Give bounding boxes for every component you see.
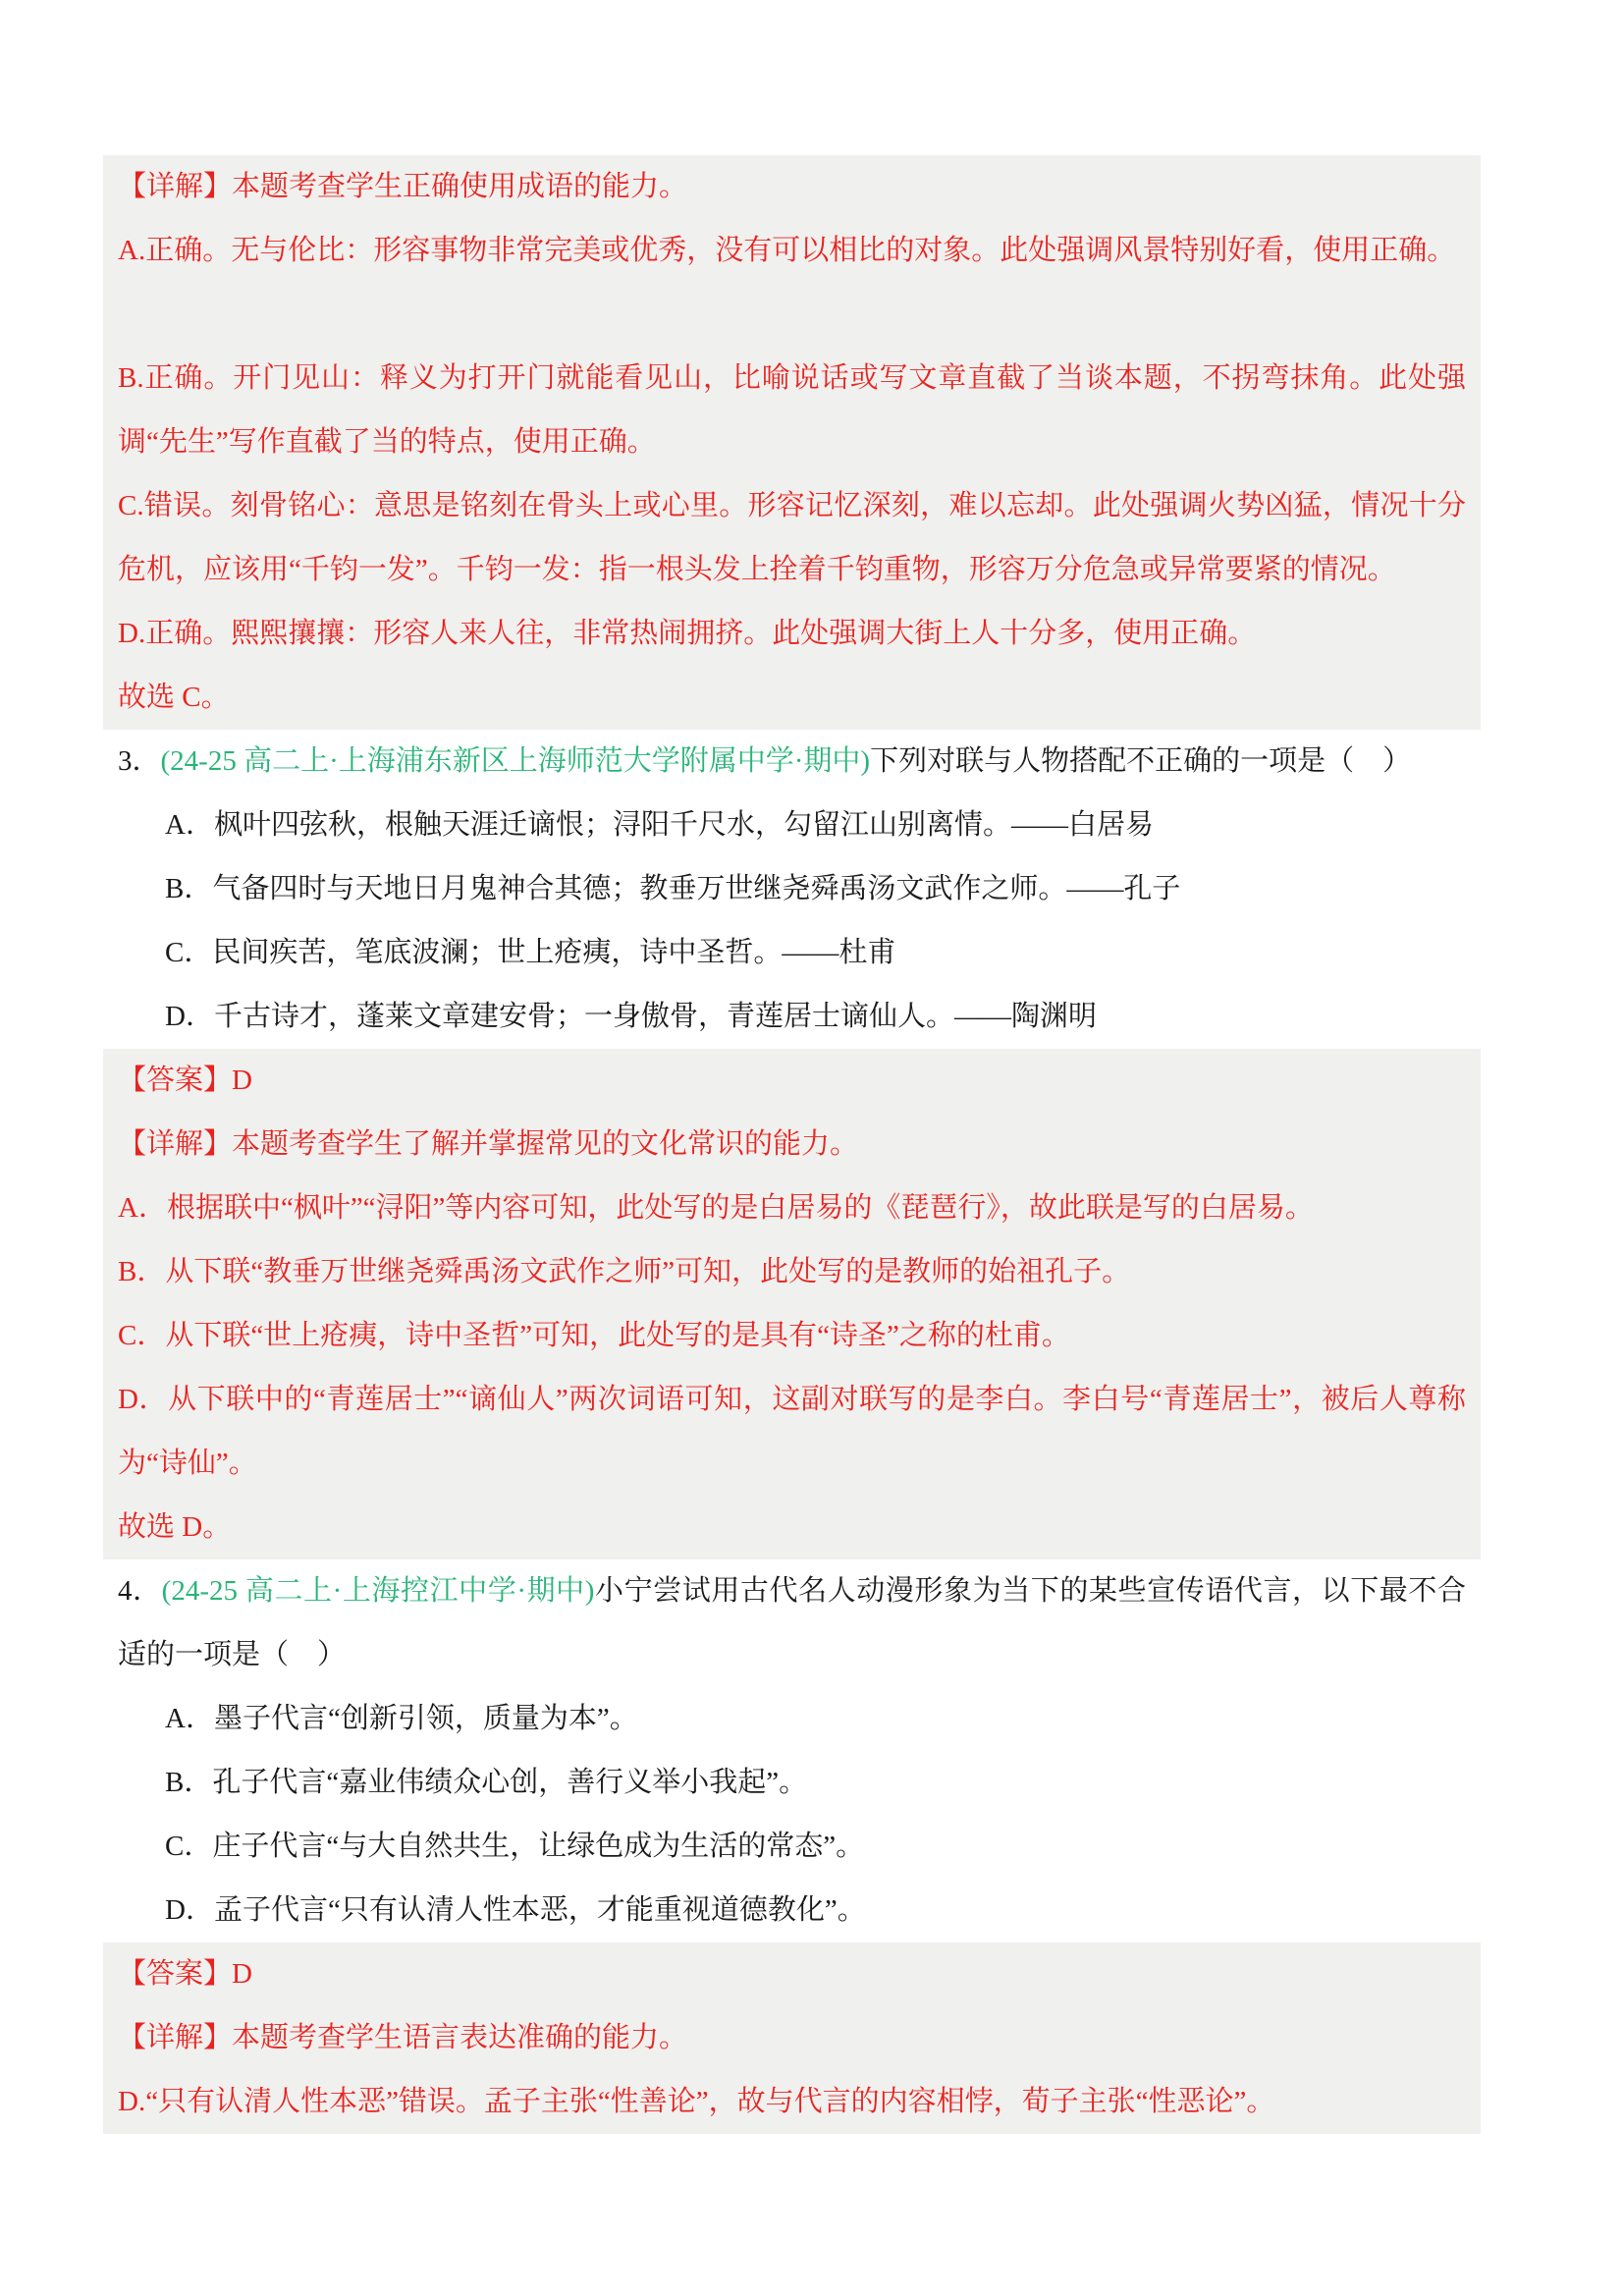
explanation-option-c: C.错误。刻骨铭心：意思是铭刻在骨头上或心里。形容记忆深刻，难以忘却。此处强调火…: [118, 474, 1466, 602]
option-text: 枫叶四弦秋，根触天涯迁谪恨；浔阳千尺水，勾留江山别离情。——白居易: [214, 809, 1154, 841]
question-3: 3．(24-25 高二上·上海浦东新区上海师范大学附属中学·期中)下列对联与人物…: [103, 730, 1481, 1049]
option-label: A．: [165, 809, 214, 841]
explanation-option-d: D.正确。熙熙攘攘：形容人来人往，非常热闹拥挤。此处强调大街上人十分多，使用正确…: [118, 602, 1466, 666]
explanation-option-d: D.“只有认清人性本恶”错误。孟子主张“性善论”，故与代言的内容相悖，荀子主张“…: [118, 2070, 1466, 2134]
question-4-option-c: C．庄子代言“与大自然共生，让绿色成为生活的常态”。: [118, 1815, 1466, 1879]
answer-box-q4: 【答案】D 【详解】本题考查学生语言表达准确的能力。 D.“只有认清人性本恶”错…: [103, 1942, 1481, 2134]
question-4-option-a: A．墨子代言“创新引领，质量为本”。: [118, 1687, 1466, 1751]
answer-line: 【答案】D: [118, 1049, 1466, 1113]
question-4-option-b: B．孔子代言“嘉业伟绩众心创，善行义举小我起”。: [118, 1751, 1466, 1815]
explanation-option-a: A.正确。无与伦比：形容事物非常完美或优秀，没有可以相比的对象。此处强调风景特别…: [118, 219, 1466, 283]
explanation-box-q2: 【详解】本题考查学生正确使用成语的能力。 A.正确。无与伦比：形容事物非常完美或…: [103, 155, 1481, 730]
explanation-conclusion: 故选 D。: [118, 1496, 1466, 1559]
question-4-stem: 4．(24-25 高二上·上海控江中学·期中)小宁尝试用古代名人动漫形象为当下的…: [118, 1559, 1466, 1687]
explanation-option-b: B．从下联“教垂万世继尧舜禹汤文武作之师”可知，此处写的是教师的始祖孔子。: [118, 1240, 1466, 1304]
option-text: 气备四时与天地日月鬼神合其德；教垂万世继尧舜禹汤文武作之师。——孔子: [212, 873, 1180, 904]
explanation-intro: 【详解】本题考查学生语言表达准确的能力。: [118, 2006, 1466, 2070]
explanation-conclusion: 故选 C。: [118, 666, 1466, 730]
option-label: B．: [165, 873, 212, 904]
option-text: 孟子代言“只有认清人性本恶，才能重视道德教化”。: [214, 1894, 866, 1926]
option-label: D．: [165, 1894, 214, 1926]
option-label: B．: [165, 1767, 212, 1798]
question-3-option-d: D．千古诗才，蓬莱文章建安骨；一身傲骨，青莲居士谪仙人。——陶渊明: [118, 985, 1466, 1049]
question-3-option-b: B．气备四时与天地日月鬼神合其德；教垂万世继尧舜禹汤文武作之师。——孔子: [118, 857, 1466, 921]
option-label: D．: [165, 1001, 214, 1032]
explanation-option-c: C．从下联“世上疮痍，诗中圣哲”可知，此处写的是具有“诗圣”之称的杜甫。: [118, 1304, 1466, 1368]
question-3-text: 下列对联与人物搭配不正确的一项是（ ）: [870, 745, 1411, 777]
document-page: 【详解】本题考查学生正确使用成语的能力。 A.正确。无与伦比：形容事物非常完美或…: [103, 155, 1481, 2134]
question-4-option-d: D．孟子代言“只有认清人性本恶，才能重视道德教化”。: [118, 1879, 1466, 1942]
option-text: 墨子代言“创新引领，质量为本”。: [214, 1703, 638, 1734]
explanation-option-d: D．从下联中的“青莲居士”“谪仙人”两次词语可知，这副对联写的是李白。李白号“青…: [118, 1368, 1466, 1496]
option-text: 民间疾苦，笔底波澜；世上疮痍，诗中圣哲。——杜甫: [212, 937, 895, 968]
question-3-option-c: C．民间疾苦，笔底波澜；世上疮痍，诗中圣哲。——杜甫: [118, 921, 1466, 985]
question-3-source: (24-25 高二上·上海浦东新区上海师范大学附属中学·期中): [161, 745, 871, 777]
option-label: A．: [165, 1703, 214, 1734]
option-text: 千古诗才，蓬莱文章建安骨；一身傲骨，青莲居士谪仙人。——陶渊明: [214, 1001, 1097, 1032]
question-4-source: (24-25 高二上·上海控江中学·期中): [162, 1575, 595, 1607]
explanation-option-b: B.正确。开门见山：释义为打开门就能看见山，比喻说话或写文章直截了当谈本题，不拐…: [118, 347, 1466, 474]
question-4: 4．(24-25 高二上·上海控江中学·期中)小宁尝试用古代名人动漫形象为当下的…: [103, 1559, 1481, 1942]
explanation-intro: 【详解】本题考查学生正确使用成语的能力。: [118, 155, 1466, 219]
option-text: 孔子代言“嘉业伟绩众心创，善行义举小我起”。: [212, 1767, 807, 1798]
question-4-number: 4．: [118, 1575, 162, 1607]
option-text: 庄子代言“与大自然共生，让绿色成为生活的常态”。: [212, 1831, 864, 1862]
question-3-stem: 3．(24-25 高二上·上海浦东新区上海师范大学附属中学·期中)下列对联与人物…: [118, 730, 1466, 793]
question-3-option-a: A．枫叶四弦秋，根触天涯迁谪恨；浔阳千尺水，勾留江山别离情。——白居易: [118, 793, 1466, 857]
option-label: C．: [165, 1831, 212, 1862]
explanation-option-a: A．根据联中“枫叶”“浔阳”等内容可知，此处写的是白居易的《琵琶行》，故此联是写…: [118, 1176, 1466, 1240]
option-label: C．: [165, 937, 212, 968]
answer-line: 【答案】D: [118, 1942, 1466, 2006]
answer-box-q3: 【答案】D 【详解】本题考查学生了解并掌握常见的文化常识的能力。 A．根据联中“…: [103, 1049, 1481, 1559]
explanation-intro: 【详解】本题考查学生了解并掌握常见的文化常识的能力。: [118, 1113, 1466, 1176]
question-3-number: 3．: [118, 745, 161, 777]
